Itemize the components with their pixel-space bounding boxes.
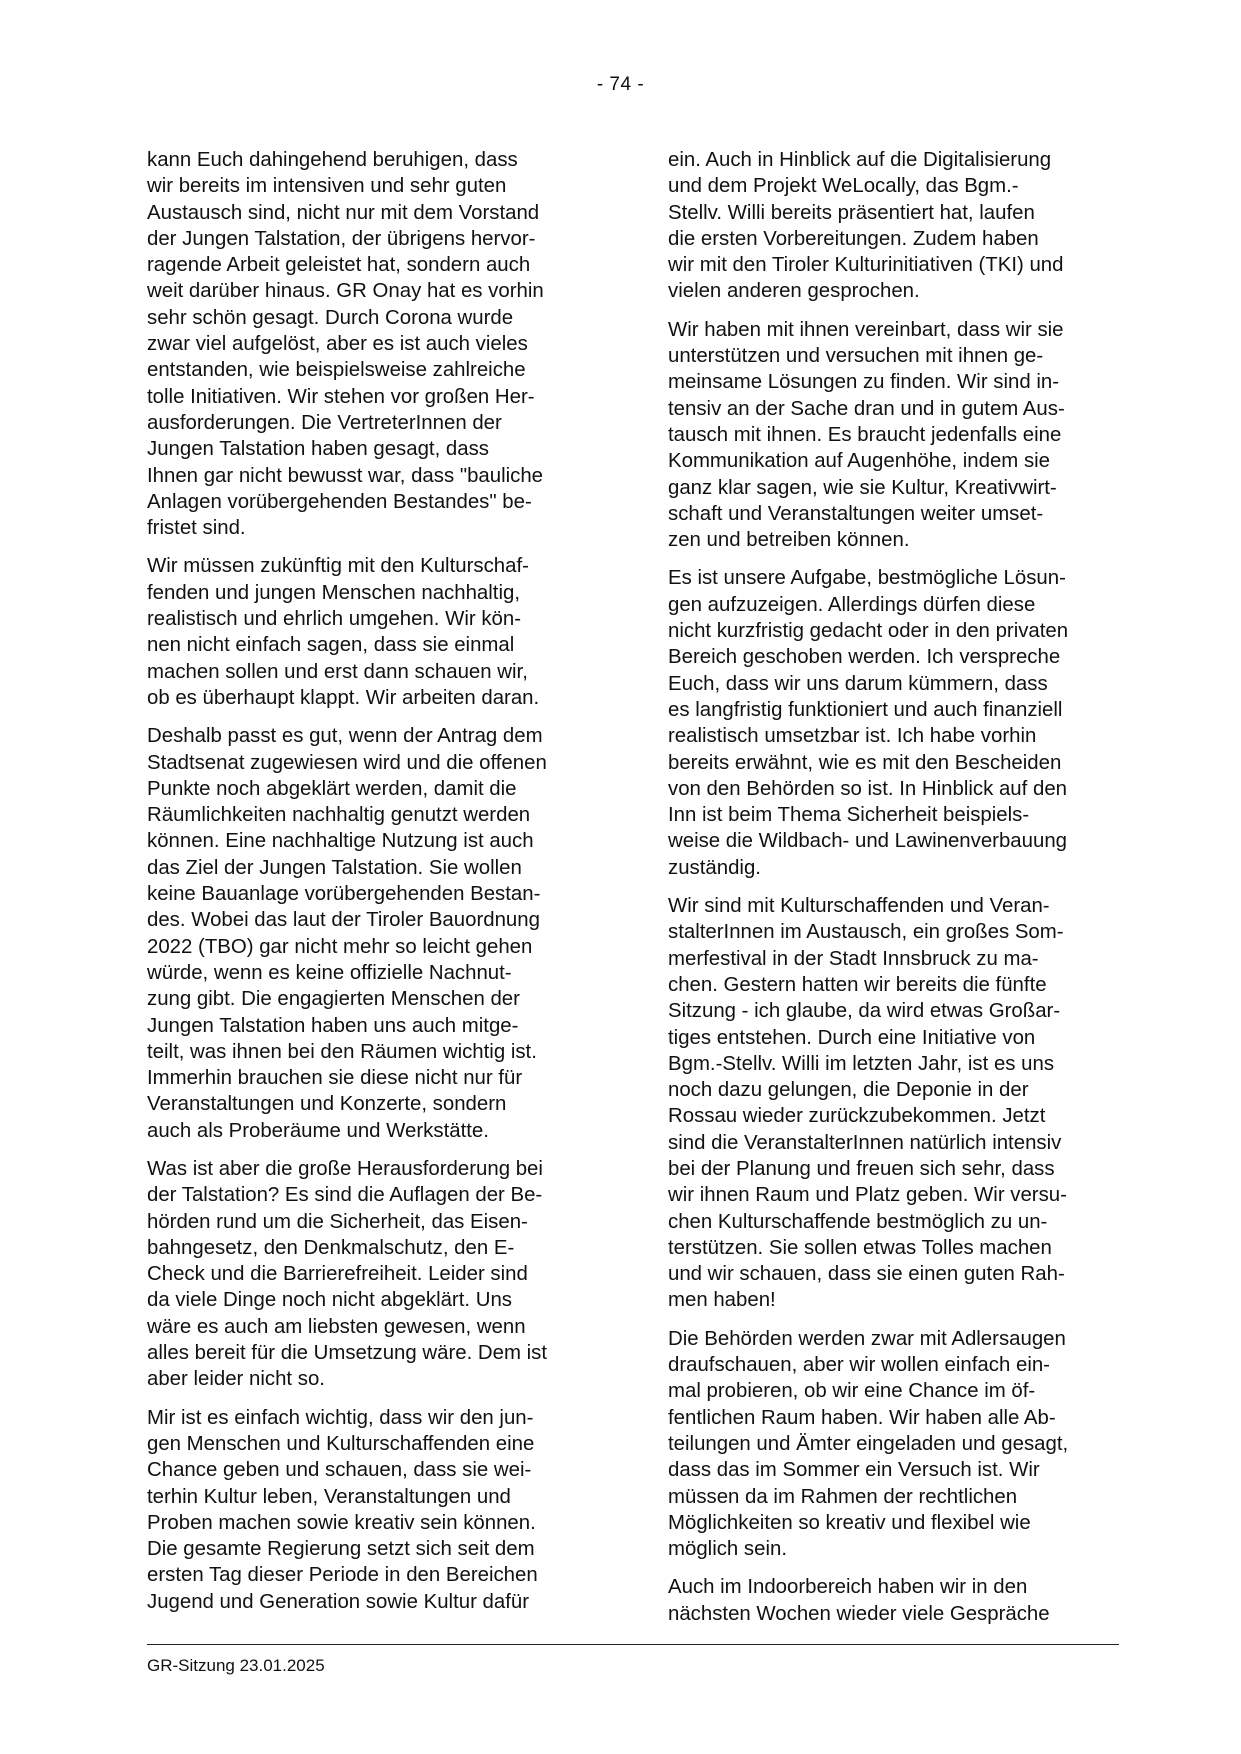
footer-session-date: GR-Sitzung 23.01.2025 [147, 1656, 325, 1676]
text-line: und wir schauen, dass sie einen guten Ra… [668, 1261, 1120, 1287]
text-line: realistisch umsetzbar ist. Ich habe vorh… [668, 723, 1120, 749]
text-line: Wir sind mit Kulturschaffenden und Veran… [668, 893, 1120, 919]
text-line: Deshalb passt es gut, wenn der Antrag de… [147, 723, 599, 749]
text-line: Inn ist beim Thema Sicherheit beispiels- [668, 802, 1120, 828]
right-column: ein. Auch in Hinblick auf die Digitalisi… [668, 147, 1120, 1639]
text-line: Veranstaltungen und Konzerte, sondern [147, 1091, 599, 1117]
text-line: Euch, dass wir uns darum kümmern, dass [668, 671, 1120, 697]
text-line: kann Euch dahingehend beruhigen, dass [147, 147, 599, 173]
text-line: terhin Kultur leben, Veranstaltungen und [147, 1484, 599, 1510]
text-line: zwar viel aufgelöst, aber es ist auch vi… [147, 331, 599, 357]
text-line: wir ihnen Raum und Platz geben. Wir vers… [668, 1182, 1120, 1208]
text-line: Es ist unsere Aufgabe, bestmögliche Lösu… [668, 565, 1120, 591]
text-line: Punkte noch abgeklärt werden, damit die [147, 776, 599, 802]
text-line: fenden und jungen Menschen nachhaltig, [147, 580, 599, 606]
text-line: Was ist aber die große Herausforderung b… [147, 1156, 599, 1182]
text-line: Wir haben mit ihnen vereinbart, dass wir… [668, 317, 1120, 343]
paragraph: Mir ist es einfach wichtig, dass wir den… [147, 1405, 599, 1615]
text-line: chen. Gestern hatten wir bereits die fün… [668, 972, 1120, 998]
text-line: wir bereits im intensiven und sehr guten [147, 173, 599, 199]
text-line: nächsten Wochen wieder viele Gespräche [668, 1601, 1120, 1627]
text-line: hörden rund um die Sicherheit, das Eisen… [147, 1209, 599, 1235]
text-line: machen sollen und erst dann schauen wir, [147, 659, 599, 685]
text-line: Anlagen vorübergehenden Bestandes" be- [147, 489, 599, 515]
text-line: des. Wobei das laut der Tiroler Bauordnu… [147, 907, 599, 933]
text-line: Austausch sind, nicht nur mit dem Vorsta… [147, 200, 599, 226]
text-line: müssen da im Rahmen der rechtlichen [668, 1484, 1120, 1510]
text-line: realistisch und ehrlich umgehen. Wir kön… [147, 606, 599, 632]
text-line: Kommunikation auf Augenhöhe, indem sie [668, 448, 1120, 474]
paragraph: Deshalb passt es gut, wenn der Antrag de… [147, 723, 599, 1144]
text-line: Räumlichkeiten nachhaltig genutzt werden [147, 802, 599, 828]
text-line: Möglichkeiten so kreativ und flexibel wi… [668, 1510, 1120, 1536]
text-line: möglich sein. [668, 1536, 1120, 1562]
text-line: chen Kulturschaffende bestmöglich zu un- [668, 1209, 1120, 1235]
paragraph: Wir haben mit ihnen vereinbart, dass wir… [668, 317, 1120, 554]
text-line: unterstützen und versuchen mit ihnen ge- [668, 343, 1120, 369]
footer-divider [147, 1644, 1119, 1645]
text-line: zuständig. [668, 855, 1120, 881]
text-line: Jugend und Generation sowie Kultur dafür [147, 1589, 599, 1615]
text-line: vielen anderen gesprochen. [668, 278, 1120, 304]
text-line: Immerhin brauchen sie diese nicht nur fü… [147, 1065, 599, 1091]
text-line: alles bereit für die Umsetzung wäre. Dem… [147, 1340, 599, 1366]
paragraph: Wir sind mit Kulturschaffenden und Veran… [668, 893, 1120, 1314]
text-line: bereits erwähnt, wie es mit den Bescheid… [668, 750, 1120, 776]
text-line: Proben machen sowie kreativ sein können. [147, 1510, 599, 1536]
text-line: stalterInnen im Austausch, ein großes So… [668, 919, 1120, 945]
text-line: ersten Tag dieser Periode in den Bereich… [147, 1562, 599, 1588]
text-line: ausforderungen. Die VertreterInnen der [147, 410, 599, 436]
text-line: Check und die Barrierefreiheit. Leider s… [147, 1261, 599, 1287]
text-line: bei der Planung und freuen sich sehr, da… [668, 1156, 1120, 1182]
text-line: ein. Auch in Hinblick auf die Digitalisi… [668, 147, 1120, 173]
text-line: nicht kurzfristig gedacht oder in den pr… [668, 618, 1120, 644]
text-line: meinsame Lösungen zu finden. Wir sind in… [668, 369, 1120, 395]
text-line: ragende Arbeit geleistet hat, sondern au… [147, 252, 599, 278]
text-line: 2022 (TBO) gar nicht mehr so leicht gehe… [147, 934, 599, 960]
text-line: Sitzung - ich glaube, da wird etwas Groß… [668, 998, 1120, 1024]
text-line: entstanden, wie beispielsweise zahlreich… [147, 357, 599, 383]
text-line: dass das im Sommer ein Versuch ist. Wir [668, 1457, 1120, 1483]
text-line: Ihnen gar nicht bewusst war, dass "bauli… [147, 463, 599, 489]
text-line: Jungen Talstation haben uns auch mitge- [147, 1013, 599, 1039]
text-line: Wir müssen zukünftig mit den Kulturschaf… [147, 553, 599, 579]
text-line: men haben! [668, 1287, 1120, 1313]
paragraph: Die Behörden werden zwar mit Adlersaugen… [668, 1326, 1120, 1563]
text-line: der Jungen Talstation, der übrigens herv… [147, 226, 599, 252]
page-number: - 74 - [0, 74, 1241, 96]
text-line: tensiv an der Sache dran und in gutem Au… [668, 396, 1120, 422]
text-line: Die gesamte Regierung setzt sich seit de… [147, 1536, 599, 1562]
text-line: wäre es auch am liebsten gewesen, wenn [147, 1314, 599, 1340]
text-line: gen aufzuzeigen. Allerdings dürfen diese [668, 592, 1120, 618]
text-line: draufschauen, aber wir wollen einfach ei… [668, 1352, 1120, 1378]
text-line: fristet sind. [147, 515, 599, 541]
text-line: Auch im Indoorbereich haben wir in den [668, 1574, 1120, 1600]
text-line: teilt, was ihnen bei den Räumen wichtig … [147, 1039, 599, 1065]
text-line: die ersten Vorbereitungen. Zudem haben [668, 226, 1120, 252]
text-line: das Ziel der Jungen Talstation. Sie woll… [147, 855, 599, 881]
paragraph: Auch im Indoorbereich haben wir in dennä… [668, 1574, 1120, 1627]
text-line: merfestival in der Stadt Innsbruck zu ma… [668, 946, 1120, 972]
text-line: Jungen Talstation haben gesagt, dass [147, 436, 599, 462]
left-column: kann Euch dahingehend beruhigen, dasswir… [147, 147, 599, 1627]
text-line: da viele Dinge noch nicht abgeklärt. Uns [147, 1287, 599, 1313]
text-line: ob es überhaupt klappt. Wir arbeiten dar… [147, 685, 599, 711]
text-line: fentlichen Raum haben. Wir haben alle Ab… [668, 1405, 1120, 1431]
text-line: wir mit den Tiroler Kulturinitiativen (T… [668, 252, 1120, 278]
text-line: Stellv. Willi bereits präsentiert hat, l… [668, 200, 1120, 226]
text-line: Rossau wieder zurückzubekommen. Jetzt [668, 1103, 1120, 1129]
text-line: Mir ist es einfach wichtig, dass wir den… [147, 1405, 599, 1431]
paragraph: Wir müssen zukünftig mit den Kulturschaf… [147, 553, 599, 711]
paragraph: ein. Auch in Hinblick auf die Digitalisi… [668, 147, 1120, 305]
text-line: Bereich geschoben werden. Ich verspreche [668, 644, 1120, 670]
text-line: noch dazu gelungen, die Deponie in der [668, 1077, 1120, 1103]
text-line: und dem Projekt WeLocally, das Bgm.- [668, 173, 1120, 199]
text-line: gen Menschen und Kulturschaffenden eine [147, 1431, 599, 1457]
text-line: Bgm.-Stellv. Willi im letzten Jahr, ist … [668, 1051, 1120, 1077]
text-line: mal probieren, ob wir eine Chance im öf- [668, 1378, 1120, 1404]
text-line: zen und betreiben können. [668, 527, 1120, 553]
paragraph: Es ist unsere Aufgabe, bestmögliche Lösu… [668, 565, 1120, 881]
text-line: es langfristig funktioniert und auch fin… [668, 697, 1120, 723]
text-line: Stadtsenat zugewiesen wird und die offen… [147, 750, 599, 776]
text-line: können. Eine nachhaltige Nutzung ist auc… [147, 828, 599, 854]
text-line: zung gibt. Die engagierten Menschen der [147, 986, 599, 1012]
text-line: tausch mit ihnen. Es braucht jedenfalls … [668, 422, 1120, 448]
text-line: würde, wenn es keine offizielle Nachnut- [147, 960, 599, 986]
text-line: sind die VeranstalterInnen natürlich int… [668, 1130, 1120, 1156]
text-line: Die Behörden werden zwar mit Adlersaugen [668, 1326, 1120, 1352]
text-line: aber leider nicht so. [147, 1366, 599, 1392]
text-line: terstützen. Sie sollen etwas Tolles mach… [668, 1235, 1120, 1261]
text-line: Chance geben und schauen, dass sie wei- [147, 1457, 599, 1483]
text-line: tiges entstehen. Durch eine Initiative v… [668, 1025, 1120, 1051]
text-line: weise die Wildbach- und Lawinenverbauung [668, 828, 1120, 854]
text-line: weit darüber hinaus. GR Onay hat es vorh… [147, 278, 599, 304]
text-line: ganz klar sagen, wie sie Kultur, Kreativ… [668, 475, 1120, 501]
text-line: der Talstation? Es sind die Auflagen der… [147, 1182, 599, 1208]
paragraph: Was ist aber die große Herausforderung b… [147, 1156, 599, 1393]
text-line: schaft und Veranstaltungen weiter umset- [668, 501, 1120, 527]
text-line: nen nicht einfach sagen, dass sie einmal [147, 632, 599, 658]
paragraph: kann Euch dahingehend beruhigen, dasswir… [147, 147, 599, 541]
text-line: auch als Proberäume und Werkstätte. [147, 1118, 599, 1144]
text-line: von den Behörden so ist. In Hinblick auf… [668, 776, 1120, 802]
text-line: keine Bauanlage vorübergehenden Bestan- [147, 881, 599, 907]
text-line: teilungen und Ämter eingeladen und gesag… [668, 1431, 1120, 1457]
text-line: tolle Initiativen. Wir stehen vor großen… [147, 384, 599, 410]
text-line: bahngesetz, den Denkmalschutz, den E- [147, 1235, 599, 1261]
text-line: sehr schön gesagt. Durch Corona wurde [147, 305, 599, 331]
